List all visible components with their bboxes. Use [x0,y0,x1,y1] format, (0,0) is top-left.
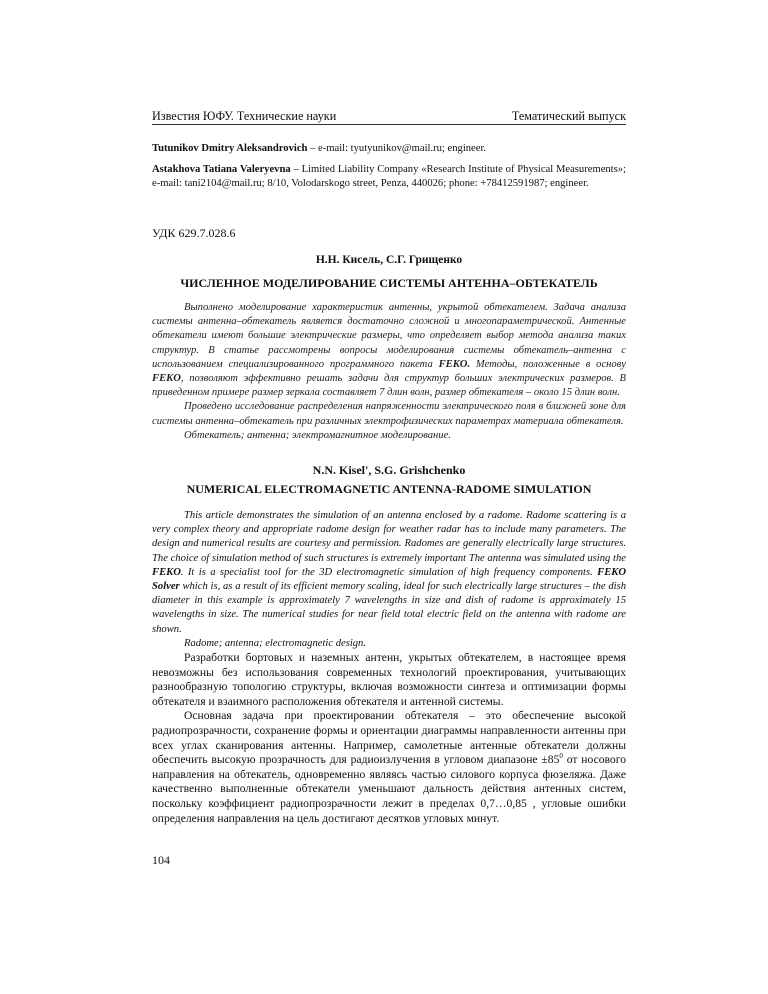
en-title: NUMERICAL ELECTROMAGNETIC ANTENNA-RADOME… [152,482,626,497]
en-abstract-para: This article demonstrates the simulation… [152,509,626,637]
en-keywords: Radome; antenna; electromagnetic design. [152,637,626,651]
issue-name: Тематический выпуск [512,109,626,124]
ru-title: ЧИСЛЕННОЕ МОДЕЛИРОВАНИЕ СИСТЕМЫ АНТЕННА–… [152,276,626,291]
ru-abstract: Выполнено моделирование характеристик ан… [152,301,626,443]
author-name: Astakhova Tatiana Valeryevna [152,164,291,175]
ru-authors: Н.Н. Кисель, С.Г. Грищенко [152,254,626,266]
author-info-1: Tutunikov Dmitry Aleksandrovich – e-mail… [152,142,626,156]
author-details: – e-mail: tyutyunikov@mail.ru; engineer. [307,143,486,154]
en-authors: N.N. Kisel', S.G. Grishchenko [152,463,626,478]
running-header: Известия ЮФУ. Технические науки Тематиче… [152,108,626,125]
author-info-2: Astakhova Tatiana Valeryevna – Limited L… [152,163,626,190]
body-para-1: Разработки бортовых и наземных антенн, у… [152,651,626,709]
journal-name: Известия ЮФУ. Технические науки [152,109,336,124]
ru-abstract-para-1: Выполнено моделирование характеристик ан… [152,301,626,400]
ru-keywords: Обтекатель; антенна; электромагнитное мо… [152,429,626,443]
ru-abstract-para-2: Проведено исследование распределения нап… [152,400,626,428]
page-number: 104 [152,853,170,868]
article-body: Разработки бортовых и наземных антенн, у… [152,651,626,826]
author-name: Tutunikov Dmitry Aleksandrovich [152,143,307,154]
en-abstract: This article demonstrates the simulation… [152,509,626,651]
body-para-2: Основная задача при проектировании обтек… [152,709,626,826]
udk-code: УДК 629.7.028.6 [152,226,235,241]
